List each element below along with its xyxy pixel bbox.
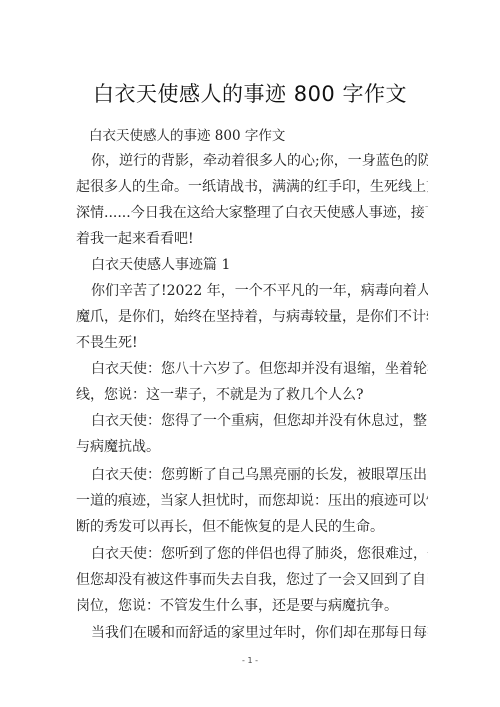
text-line: 白衣天使感人事迹篇 1	[76, 252, 428, 278]
text-line: 岗位，您说：不管发生什么事，还是要与病魔抗争。	[76, 593, 428, 619]
text-line: 着我一起来看看吧!	[76, 226, 428, 252]
text-line: 当我们在暖和而舒适的家里过年时，你们却在那每日每夜的工作	[76, 620, 428, 646]
paragraph: 白衣天使：您听到了您的伴侣也得了肺炎，您很难过，也哭了， 但您却没有被这件事而失…	[76, 541, 428, 619]
text-line: 不畏生死!	[76, 330, 428, 356]
text-line: 一道的痕迹，当家人担忧时，而您却说：压出的痕迹可以恢复，剪	[76, 488, 428, 514]
document-title: 白衣天使感人的事迹 800 字作文	[0, 78, 500, 108]
text-line: 深情......今日我在这给大家整理了白衣天使感人事迹，接下来随	[76, 200, 428, 226]
text-line: 线，您说：这一辈子，不就是为了救几个人么?	[76, 382, 428, 408]
text-line: 白衣天使：您听到了您的伴侣也得了肺炎，您很难过，也哭了，	[76, 541, 428, 567]
text-line: 魔爪，是你们，始终在坚持着，与病毒较量，是你们不计较酬劳，	[76, 304, 428, 330]
text-line: 起很多人的生命。一纸请战书，满满的红手印，生死线上方显你的	[76, 174, 428, 200]
text-line: 白衣天使：您得了一个重病，但您却并没有休息过，整日整夜的	[76, 408, 428, 434]
section-heading: 白衣天使感人事迹篇 1	[76, 252, 428, 278]
text-line: 白衣天使：您剪断了自己乌黑亮丽的长发，被眼罩压出了一道又	[76, 462, 428, 488]
paragraph: 当我们在暖和而舒适的家里过年时，你们却在那每日每夜的工作	[76, 620, 428, 646]
text-line: 断的秀发可以再长，但不能恢复的是人民的生命。	[76, 514, 428, 540]
document-subtitle: 白衣天使感人的事迹 800 字作文	[89, 124, 285, 144]
text-line: 但您却没有被这件事而失去自我，您过了一会又回到了自己的工作	[76, 567, 428, 593]
paragraph: 你们辛苦了!2022 年，一个不平凡的一年，病毒向着人们伸出了 魔爪，是你们，始…	[76, 278, 428, 356]
paragraph: 白衣天使：您八十六岁了。但您却并没有退缩，坐着轮椅抗疫一 线，您说：这一辈子，不…	[76, 356, 428, 408]
paragraph: 白衣天使：您得了一个重病，但您却并没有休息过，整日整夜的 与病魔抗战。	[76, 408, 428, 460]
document-page: 白衣天使感人的事迹 800 字作文 白衣天使感人的事迹 800 字作文 你，逆行…	[0, 0, 500, 707]
paragraph-intro: 你，逆行的背影，牵动着很多人的心;你，一身蓝色的防护服，托 起很多人的生命。一纸…	[76, 148, 428, 252]
text-line: 你，逆行的背影，牵动着很多人的心;你，一身蓝色的防护服，托	[76, 148, 428, 174]
text-line: 你们辛苦了!2022 年，一个不平凡的一年，病毒向着人们伸出了	[76, 278, 428, 304]
page-number: - 1 -	[0, 656, 500, 665]
text-line: 与病魔抗战。	[76, 434, 428, 460]
paragraph: 白衣天使：您剪断了自己乌黑亮丽的长发，被眼罩压出了一道又 一道的痕迹，当家人担忧…	[76, 462, 428, 540]
text-line: 白衣天使：您八十六岁了。但您却并没有退缩，坐着轮椅抗疫一	[76, 356, 428, 382]
